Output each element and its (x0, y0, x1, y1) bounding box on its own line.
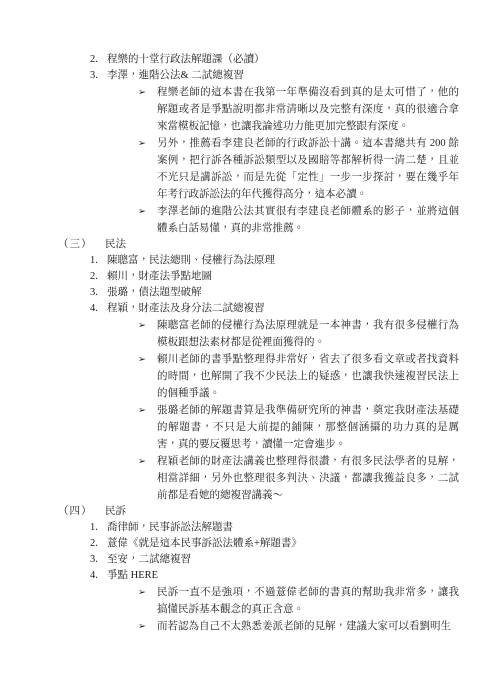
item-number: 2. (90, 536, 107, 552)
arrow-bullet-icon: ➢ (138, 203, 157, 220)
list-item: 2.薏偉《就是這本民事訴訟法體系+解題書》 (0, 536, 495, 552)
list-item: 4.爭點 HERE (0, 568, 495, 584)
bullet-text: 另外，推薦看李建良老師的行政訴訟十講。這本書總共有 200 餘案例，把行訴各種訴… (157, 135, 459, 203)
item-number: 2. (90, 269, 107, 285)
arrow-bullet-icon: ➢ (138, 402, 157, 419)
bullet-item: ➢張璐老師的解題書算是我準備研究所的神書，奠定我財產法基礎的解題書，不只是大前提… (0, 402, 495, 453)
item-number: 3. (90, 552, 107, 568)
item-number: 4. (90, 301, 107, 317)
list-item: 1.陳聰富，民法總則、侵權行為法原理 (0, 253, 495, 269)
bullet-text: 程穎老師的財產法講義也整理得很讚，有很多民法學者的見解，相當詳細，另外也整理很多… (157, 453, 459, 504)
section-title: 民訴 (105, 504, 126, 520)
arrow-bullet-icon: ➢ (138, 584, 157, 601)
item-text: 賴川，財產法爭點地圖 (107, 269, 212, 285)
item-text: 薏偉《就是這本民事訴訟法體系+解題書》 (107, 536, 302, 552)
bullet-text: 陳聰富老師的侵權行為法原理就是一本神書，我有很多侵權行為模板跟想法素材都是從裡面… (157, 317, 459, 351)
arrow-bullet-icon: ➢ (138, 135, 157, 152)
bullet-text: 民訴一直不是強項，不過薏偉老師的書真的幫助我非常多，讓我搞懂民訴基本觀念的真正含… (157, 584, 459, 618)
list-item: 3.至安，二試總複習 (0, 552, 495, 568)
bullet-text: 李澤老師的進階公法其實很有李建良老師體系的影子，並將這個體系白話易懂，真的非常推… (157, 203, 459, 237)
section-number: （四） (58, 504, 105, 520)
bullet-text: 張璐老師的解題書算是我準備研究所的神書，奠定我財產法基礎的解題書，不只是大前提的… (157, 402, 459, 453)
list-item: 3.李澤，進階公法& 二試總複習 (0, 68, 495, 84)
bullet-item: ➢賴川老師的書爭點整理得非常好，省去了很多看文章或者找資料的時間，也解開了我不少… (0, 351, 495, 402)
item-text: 至安，二試總複習 (107, 552, 191, 568)
bullet-text: 賴川老師的書爭點整理得非常好，省去了很多看文章或者找資料的時間，也解開了我不少民… (157, 351, 459, 402)
bullet-text: 而若認為自己不太熟悉姜派老師的見解，建議大家可以看劉明生 (157, 618, 459, 635)
arrow-bullet-icon: ➢ (138, 618, 157, 635)
bullet-item: ➢陳聰富老師的侵權行為法原理就是一本神書，我有很多侵權行為模板跟想法素材都是從裡… (0, 317, 495, 351)
bullet-item: ➢民訴一直不是強項，不過薏偉老師的書真的幫助我非常多，讓我搞懂民訴基本觀念的真正… (0, 584, 495, 618)
arrow-bullet-icon: ➢ (138, 317, 157, 334)
item-text: 李澤，進階公法& 二試總複習 (107, 68, 244, 84)
item-text: 程穎，財產法及身分法二試總複習 (107, 301, 265, 317)
bullet-item: ➢另外，推薦看李建良老師的行政訴訟十講。這本書總共有 200 餘案例，把行訴各種… (0, 135, 495, 203)
arrow-bullet-icon: ➢ (138, 453, 157, 470)
item-text: 爭點 HERE (107, 568, 158, 584)
item-number: 1. (90, 253, 107, 269)
arrow-bullet-icon: ➢ (138, 351, 157, 368)
bullet-item: ➢而若認為自己不太熟悉姜派老師的見解，建議大家可以看劉明生 (0, 618, 495, 635)
item-number: 2. (90, 52, 107, 68)
item-text: 陳聰富，民法總則、侵權行為法原理 (107, 253, 275, 269)
bullet-text: 程樂老師的這本書在我第一年準備沒看到真的是太可惜了，他的解題或者是爭點說明都非常… (157, 84, 459, 135)
bullet-item: ➢程穎老師的財產法講義也整理得很讚，有很多民法學者的見解，相當詳細，另外也整理很… (0, 453, 495, 504)
list-item: 3.張璐，債法題型破解 (0, 285, 495, 301)
section-heading: （三）民法 (0, 237, 495, 253)
item-text: 喬律師，民事訴訟法解題書 (107, 520, 233, 536)
bullet-item: ➢程樂老師的這本書在我第一年準備沒看到真的是太可惜了，他的解題或者是爭點說明都非… (0, 84, 495, 135)
item-number: 1. (90, 520, 107, 536)
document-content: 2.程樂的十堂行政法解題課（必讀）3.李澤，進階公法& 二試總複習➢程樂老師的這… (0, 52, 495, 635)
item-number: 3. (90, 68, 107, 84)
item-number: 4. (90, 568, 107, 584)
document-page: 2.程樂的十堂行政法解題課（必讀）3.李澤，進階公法& 二試總複習➢程樂老師的這… (0, 0, 495, 700)
section-number: （三） (58, 237, 105, 253)
item-text: 張璐，債法題型破解 (107, 285, 202, 301)
list-item: 2.賴川，財產法爭點地圖 (0, 269, 495, 285)
item-number: 3. (90, 285, 107, 301)
section-heading: （四）民訴 (0, 504, 495, 520)
list-item: 1.喬律師，民事訴訟法解題書 (0, 520, 495, 536)
section-title: 民法 (105, 237, 126, 253)
item-text: 程樂的十堂行政法解題課（必讀） (107, 52, 265, 68)
bullet-item: ➢李澤老師的進階公法其實很有李建良老師體系的影子，並將這個體系白話易懂，真的非常… (0, 203, 495, 237)
list-item: 4.程穎，財產法及身分法二試總複習 (0, 301, 495, 317)
list-item: 2.程樂的十堂行政法解題課（必讀） (0, 52, 495, 68)
arrow-bullet-icon: ➢ (138, 84, 157, 101)
